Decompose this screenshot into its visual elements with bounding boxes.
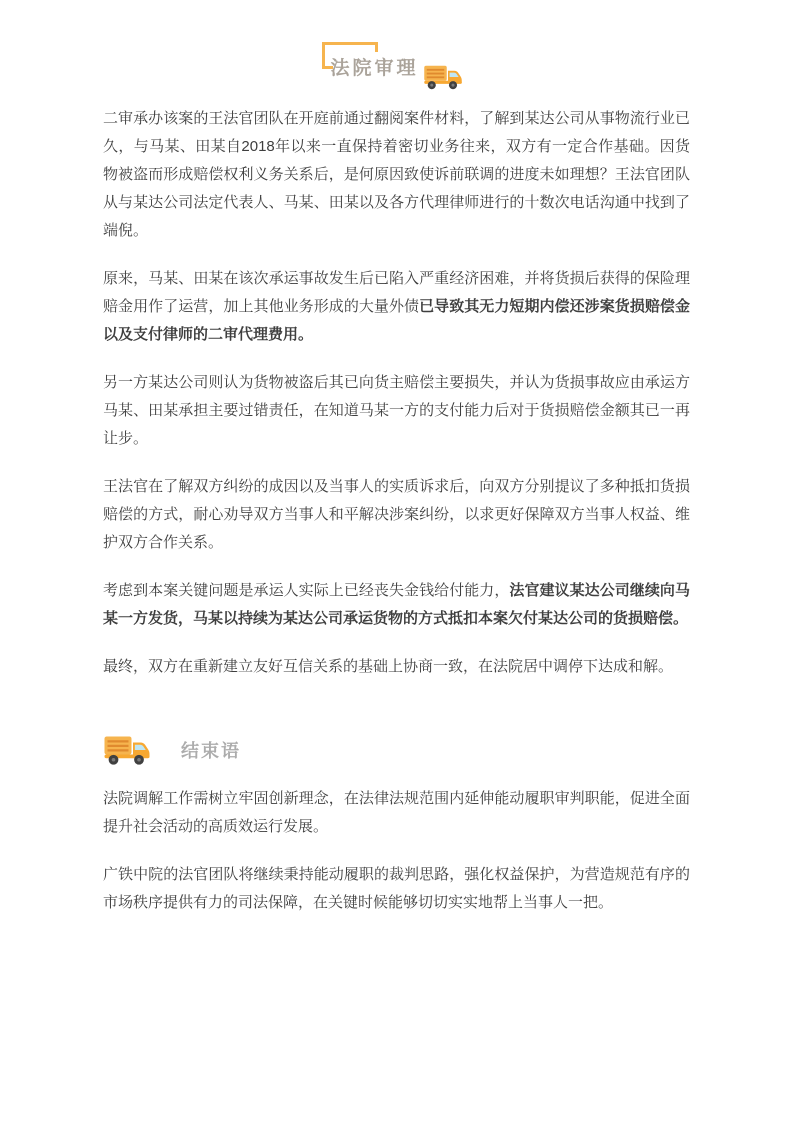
section-closing-content: 法院调解工作需树立牢固创新理念，在法律法规范围内延伸能动履职审判职能，促进全面提… — [103, 785, 690, 917]
paragraph: 二审承办该案的王法官团队在开庭前通过翻阅案件材料，了解到某达公司从事物流行业已久… — [103, 105, 690, 245]
paragraph: 王法官在了解双方纠纷的成因以及当事人的实质诉求后，向双方分别提议了多种抵扣货损赔… — [103, 473, 690, 557]
text-run: 法院调解工作需树立牢固创新理念，在法律法规范围内延伸能动履职审判职能，促进全面提… — [103, 790, 690, 835]
truck-icon — [103, 733, 151, 767]
paragraph: 广铁中院的法官团队将继续秉持能动履职的裁判思路，强化权益保护，为营造规范有序的市… — [103, 861, 690, 917]
section-title-court: 法院审理 — [330, 53, 418, 80]
text-run: 广铁中院的法官团队将继续秉持能动履职的裁判思路，强化权益保护，为营造规范有序的市… — [103, 866, 690, 911]
text-run: 王法官在了解双方纠纷的成因以及当事人的实质诉求后，向双方分别提议了多种抵扣货损赔… — [103, 478, 690, 551]
paragraph: 另一方某达公司则认为货物被盗后其已向货主赔偿主要损失，并认为货损事故应由承运方马… — [103, 369, 690, 453]
text-run: 另一方某达公司则认为货物被盗后其已向货主赔偿主要损失，并认为货损事故应由承运方马… — [103, 374, 690, 447]
paragraph: 原来，马某、田某在该次承运事故发生后已陷入严重经济困难，并将货损后获得的保险理赔… — [103, 265, 690, 349]
section-header-closing: 结束语 — [103, 733, 690, 767]
truck-icon — [423, 63, 463, 91]
section-header-court: 法院审理 — [330, 42, 462, 91]
paragraph: 最终，双方在重新建立友好互信关系的基础上协商一致，在法院居中调停下达成和解。 — [103, 653, 690, 681]
paragraph: 考虑到本案关键问题是承运人实际上已经丧失金钱给付能力，法官建议某达公司继续向马某… — [103, 577, 690, 633]
text-run: 最终，双方在重新建立友好互信关系的基础上协商一致，在法院居中调停下达成和解。 — [103, 658, 673, 675]
section-title-closing: 结束语 — [181, 737, 241, 763]
paragraph: 法院调解工作需树立牢固创新理念，在法律法规范围内延伸能动履职审判职能，促进全面提… — [103, 785, 690, 841]
article-page: 法院审理 二审承办该案的王法官团队在开庭前通过翻阅案件材料，了解到某达公司从事物… — [0, 0, 793, 1122]
section-court-content: 二审承办该案的王法官团队在开庭前通过翻阅案件材料，了解到某达公司从事物流行业已久… — [103, 105, 690, 681]
text-run: 考虑到本案关键问题是承运人实际上已经丧失金钱给付能力， — [103, 582, 509, 599]
text-run: 二审承办该案的王法官团队在开庭前通过翻阅案件材料，了解到某达公司从事物流行业已久… — [103, 110, 690, 239]
